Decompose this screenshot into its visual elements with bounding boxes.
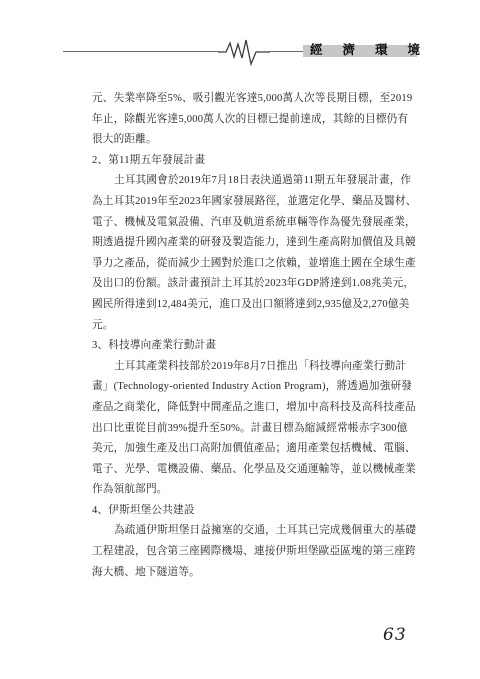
header-rule-left <box>63 51 218 52</box>
intro-paragraph: 元、失業率降至5%、吸引觀光客達5,000萬人次等長期目標，至2019 年止，除… <box>92 89 444 151</box>
document-page: 經濟環境 元、失業率降至5%、吸引觀光客達5,000萬人次等長期目標，至2019… <box>0 0 480 679</box>
page-title: 經濟環境 <box>310 42 440 58</box>
body-text-column: 元、失業率降至5%、吸引觀光客達5,000萬人次等長期目標，至2019 年止，除… <box>92 89 444 583</box>
section-paragraph-4: 為疏通伊斯坦堡日益擁塞的交通，土耳其已完成幾個重大的基礎 工程建設，包含第三座國… <box>92 521 444 583</box>
header-rule-right <box>270 51 304 52</box>
section-heading-2: 2、第11期五年發展計畫 <box>92 151 444 172</box>
section-heading-3: 3、科技導向產業行動計畫 <box>92 336 444 357</box>
section-paragraph-2: 土耳其國會於2019年7月18日表決通過第11期五年發展計畫，作 為土耳其201… <box>92 171 444 336</box>
page-number: 63 <box>383 625 407 645</box>
section-heading-4: 4、伊斯坦堡公共建設 <box>92 501 444 522</box>
section-paragraph-3: 土耳其產業科技部於2019年8月7日推出「科技導向產業行動計 畫」(Techno… <box>92 357 444 501</box>
header-title-bar: 經濟環境 <box>303 45 417 57</box>
heartbeat-zigzag-icon <box>218 37 270 67</box>
